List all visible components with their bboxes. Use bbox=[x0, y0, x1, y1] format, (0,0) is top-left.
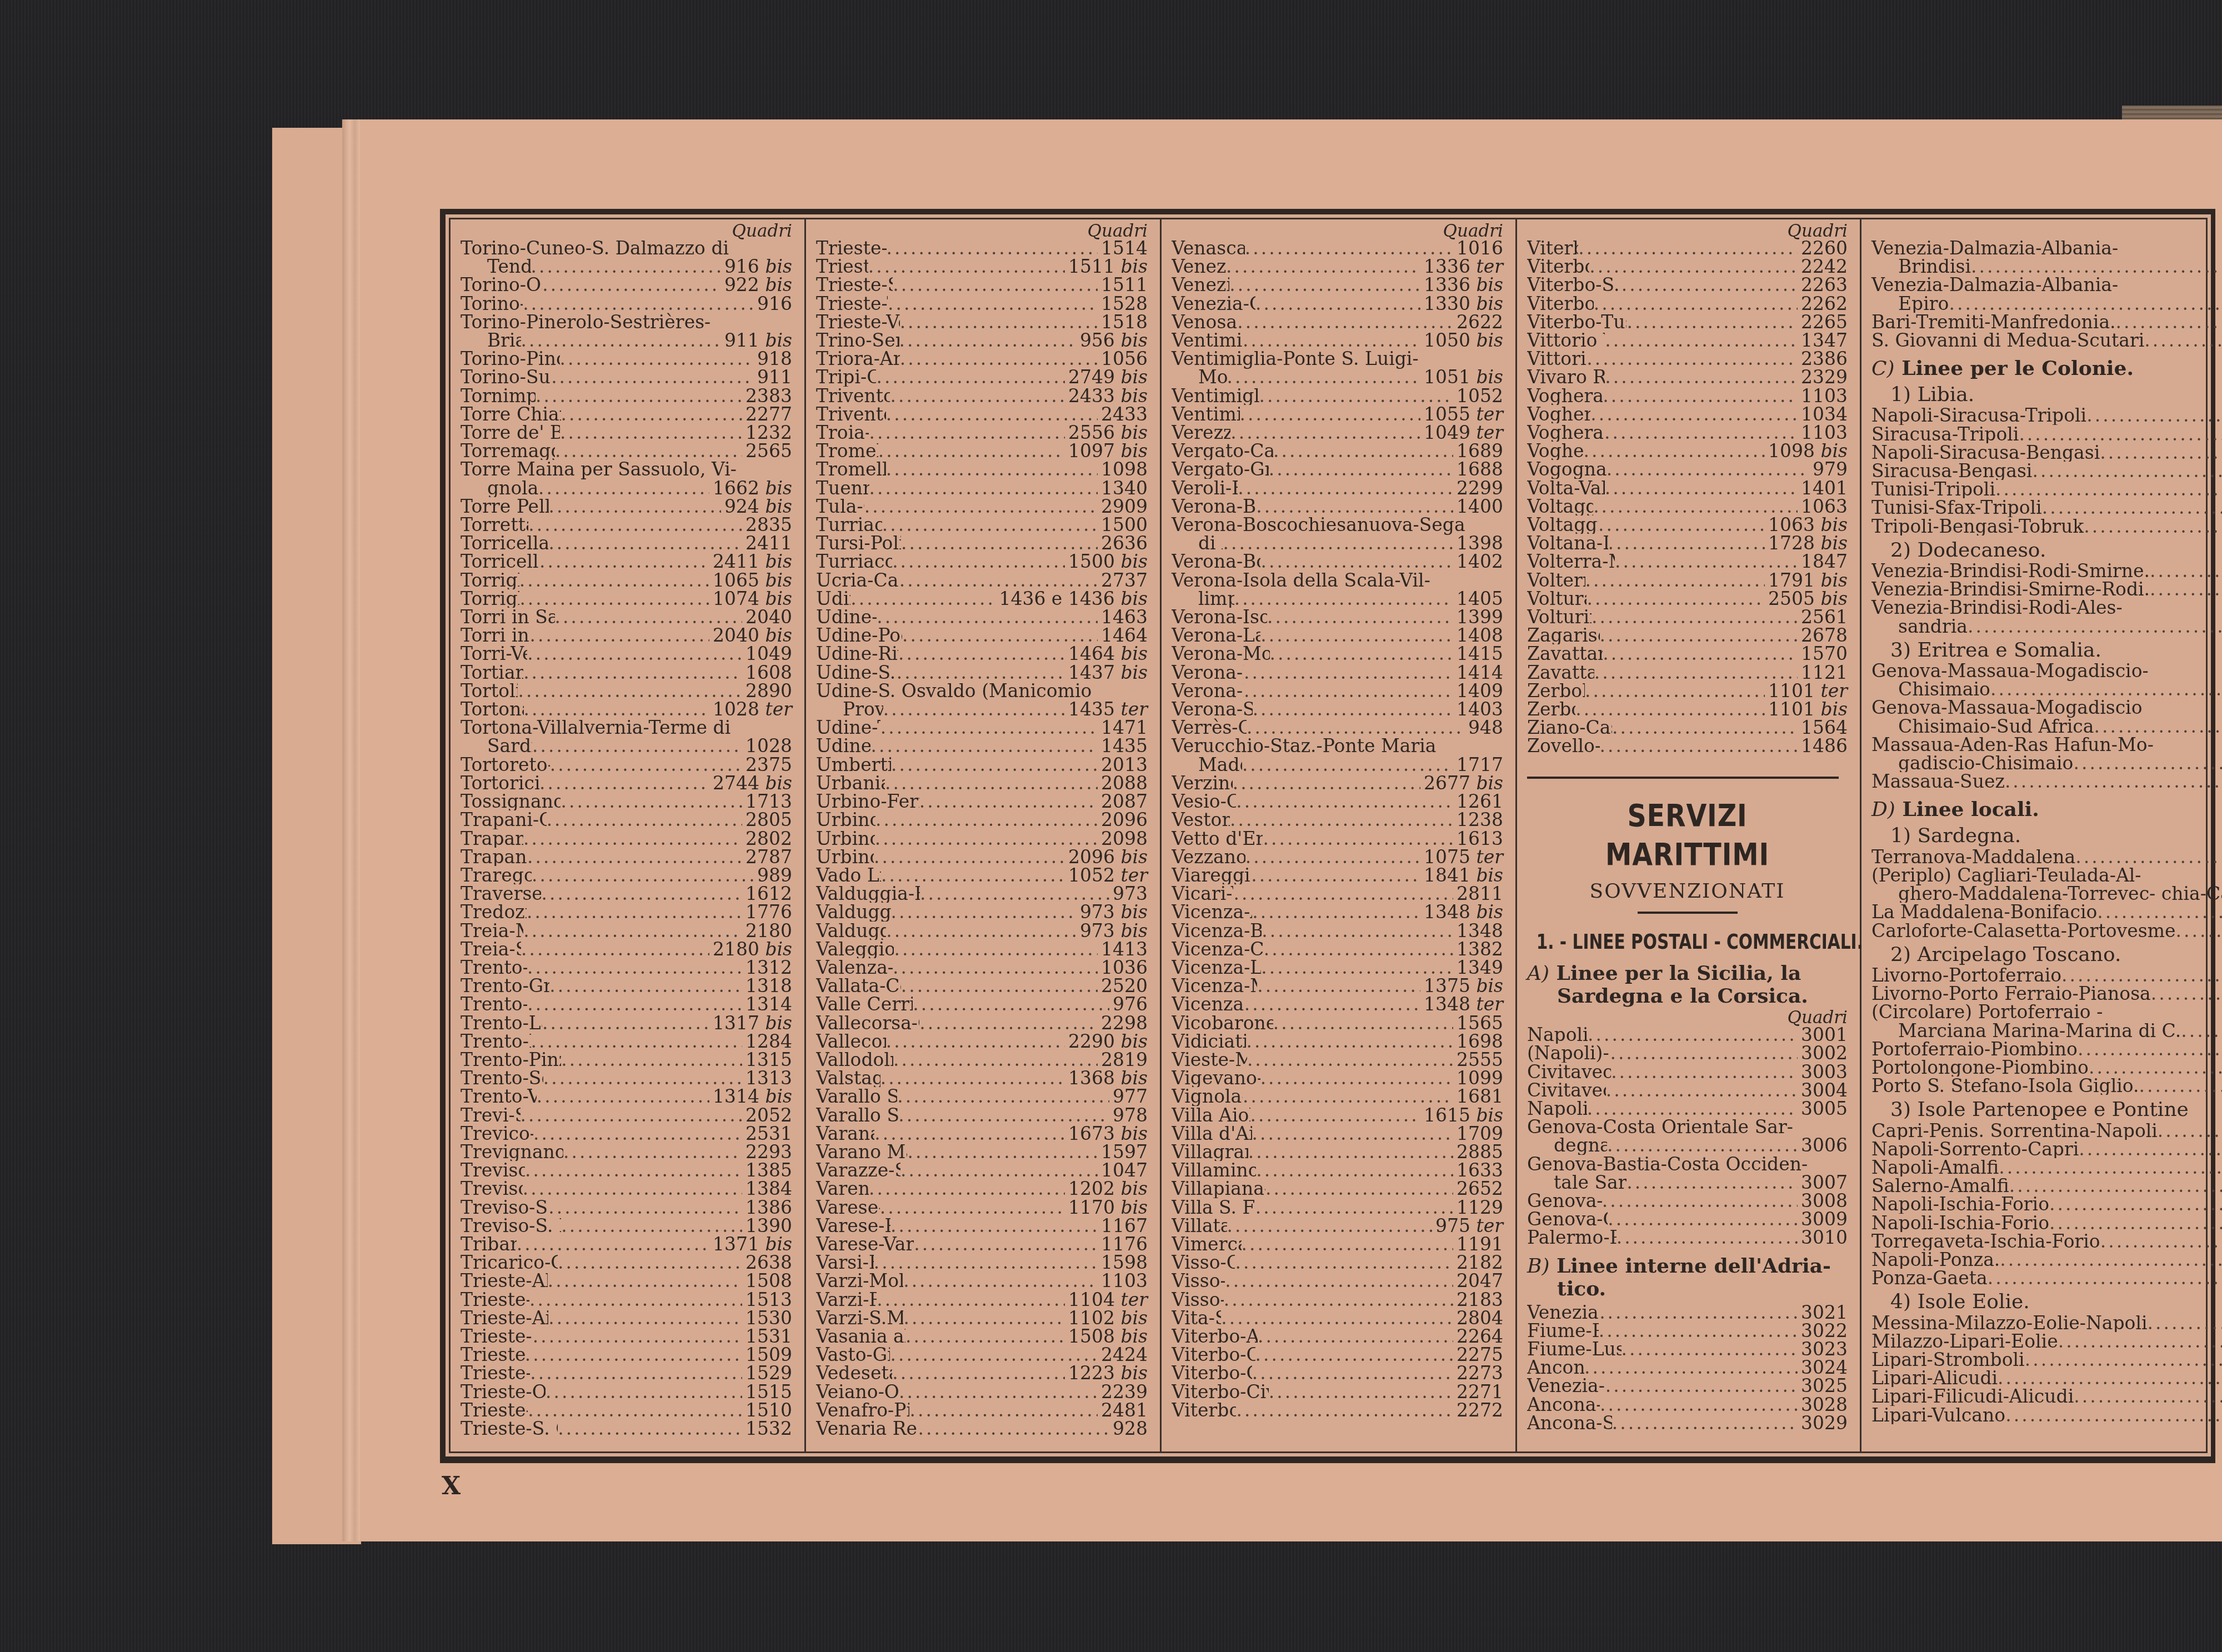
index-entry: Ancona-Fiume3024 bbox=[1527, 1358, 1848, 1376]
entry-row: gnola e Modena1662 bis bbox=[461, 479, 792, 497]
entry-row: Trieste-S. Daniele1514 bbox=[816, 239, 1148, 257]
section-d-heading: D) Linee locali. bbox=[1871, 798, 2222, 821]
entry-name: Siracusa-Tripoli bbox=[1871, 425, 2019, 443]
index-entry: Napoli-Sorrento-Capri3092 bbox=[1871, 1140, 2222, 1158]
entry-name: Urbino-Stazione bbox=[816, 848, 874, 866]
entry-name: Vedeseta-S. Giovanni B. bbox=[816, 1364, 892, 1382]
entry-row: Napoli-Amalfi3093 bbox=[1871, 1158, 2222, 1177]
entry-name: Livorno-Portoferraio bbox=[1871, 966, 2061, 984]
index-entry: (Circolare) Portoferraio -Marciana Marin… bbox=[1871, 1003, 2222, 1039]
index-entry: Venezia-Zara Gravosa3025 bbox=[1527, 1376, 1848, 1395]
entry-name: Vivaro Romano-Arsoli bbox=[1527, 368, 1605, 386]
leader-dots bbox=[517, 1235, 709, 1253]
index-entry: Torre Maina per Sassuolo, Vi-gnola e Mod… bbox=[461, 460, 792, 497]
quadri-header: Quadri bbox=[461, 224, 792, 239]
entry-list: Torino-Cuneo-S. Dalmazzo diTenda-Nizza91… bbox=[461, 239, 792, 1438]
entry-name-cont: Chisimaio bbox=[1898, 680, 1990, 698]
entry-row: Lipari-Stromboli3103 bbox=[1871, 1350, 2222, 1369]
quadro-value: 1098 bbox=[1768, 440, 1815, 462]
index-entry: Vesio-Campione1261 bbox=[1172, 792, 1503, 810]
leader-dots bbox=[2058, 1332, 2222, 1350]
entry-row: Trieste-Aidussina (Idria)1530 bbox=[461, 1309, 792, 1327]
entry-row: Zovello-Comeglians1486 bbox=[1527, 737, 1848, 755]
index-entry: Villaminozzo-Reggio E.1633 bbox=[1172, 1161, 1503, 1179]
leader-dots bbox=[880, 1198, 1065, 1217]
entry-name: Vicenza-Lavarone-Trento bbox=[1172, 958, 1261, 977]
entry-row: Verzino-Strongoli2677 bis bbox=[1172, 774, 1503, 792]
index-entry: Verona-Povegliano1409 bbox=[1172, 682, 1503, 700]
entry-row: Vimercate-Arcore1191 bbox=[1172, 1235, 1503, 1253]
index-entry: Vieste-Manfredonia2555 bbox=[1172, 1050, 1503, 1069]
quadro-number: 978 bbox=[1109, 1106, 1148, 1124]
entry-name: Torre Pellice-Bobbio Pellice bbox=[461, 497, 549, 515]
index-entry: Venosa-Stazione2622 bbox=[1172, 313, 1503, 331]
leader-dots bbox=[542, 1014, 709, 1032]
entry-row: Vezzano Ligure-Spezia1075 ter bbox=[1172, 848, 1503, 866]
entry-list: Genova-Massaua-Mogadiscio-Chisimaio3061G… bbox=[1871, 662, 2222, 790]
quadro-number: 1317 bis bbox=[709, 1014, 792, 1032]
entry-name: Lipari-Alicudi bbox=[1871, 1369, 1998, 1387]
entry-name: Torricella Peligna-Palena bbox=[461, 552, 539, 570]
entry-name: Veroli-Frosinone bbox=[1172, 479, 1238, 497]
quadro-number: 1261 bbox=[1453, 792, 1503, 810]
entry-name: Zagarise-Catanzaro bbox=[1527, 626, 1600, 644]
index-entry: Zavattarello-Varzi1121 bbox=[1527, 663, 1848, 682]
index-entry: Volterra-Massa Marittima1847 bbox=[1527, 552, 1848, 570]
leader-dots bbox=[1612, 1414, 1798, 1432]
leader-dots bbox=[920, 884, 1109, 903]
index-entry: Fiume-Lussinpiccolo-Ancona3023 bbox=[1527, 1340, 1848, 1358]
entry-row: La Maddalena-Bonifacio3073 bbox=[1871, 903, 2222, 921]
leader-dots bbox=[2094, 717, 2222, 735]
index-entry: Torino-Ospedale S. Luigi922 bis bbox=[461, 276, 792, 294]
index-entry: Torricella Peligna-Casoli2411 bbox=[461, 534, 792, 552]
quadro-number: 1049 ter bbox=[1420, 423, 1503, 442]
leader-dots bbox=[1606, 1081, 1798, 1099]
entry-name-line: Verona-Boscochiesanuova-Sega bbox=[1172, 515, 1503, 534]
column-3: Quadri Venasca-Sampeyre1016Venezia-Asiag… bbox=[1162, 219, 1517, 1451]
entry-row: Vasto-Gissi-Agnone2424 bbox=[816, 1345, 1148, 1364]
entry-row: Tossignano-Borgo Tossignano1713 bbox=[461, 792, 792, 810]
entry-row: Messina-Milazzo-Eolie-Napoli3101 bbox=[1871, 1314, 2222, 1332]
quadro-number: 1510 bbox=[742, 1401, 792, 1419]
entry-row: Tripi-Castroreale2749 bis bbox=[816, 368, 1148, 386]
index-entry: Tredozio-Faenza1776 bbox=[461, 903, 792, 921]
index-entry: Venezia-Brindisi-Smirne-Rodi.3052 bbox=[1871, 580, 2222, 598]
quadro-number: 1102 bis bbox=[1065, 1309, 1148, 1327]
leader-dots bbox=[1587, 589, 1764, 608]
entry-name-line: Verucchio-Staz.-Ponte Maria bbox=[1172, 737, 1503, 755]
leader-dots bbox=[1589, 257, 1798, 276]
entry-name: Villata-Vercelli bbox=[1172, 1217, 1227, 1235]
leader-dots bbox=[2181, 1022, 2222, 1040]
entry-row: Fiume-Lussinpiccolo-Ancona3023 bbox=[1527, 1340, 1848, 1358]
quadro-number: 1336 bis bbox=[1420, 276, 1503, 294]
entry-name-line: Genova-Bastia-Costa Occiden- bbox=[1527, 1155, 1848, 1173]
index-entry: Venezia-Dalmazia-Albania-Brindisi3030 bbox=[1871, 239, 2222, 276]
quadro-number: 1051 bis bbox=[1420, 368, 1503, 386]
index-entry: Palermo-Pantelleria-Tunisi3010 bbox=[1527, 1228, 1848, 1246]
entry-name: Vicenza-Breganze-Asiago bbox=[1172, 922, 1262, 940]
entry-row: Torri-Ventimiglia1049 bbox=[461, 644, 792, 663]
leader-dots bbox=[1236, 1401, 1453, 1419]
leader-dots bbox=[1605, 331, 1798, 349]
leader-dots bbox=[1575, 700, 1765, 718]
quadro-value: 916 bbox=[757, 293, 792, 314]
quadro-value: 3029 bbox=[1801, 1412, 1848, 1434]
quadro-number: 2636 bbox=[1098, 534, 1148, 552]
index-entry: S. Giovanni di Medua-Scutari3033 bbox=[1871, 331, 2222, 349]
entry-name: Tunisi-Tripoli bbox=[1871, 480, 1995, 498]
leader-dots bbox=[2075, 848, 2222, 866]
entry-row: Ventimiglia-Perinaldo1050 bis bbox=[1172, 331, 1503, 349]
index-entry: Vestone-Tione1238 bbox=[1172, 810, 1503, 829]
entry-name: Ancona-Spalato-Gravosa bbox=[1527, 1414, 1612, 1432]
entry-row: Maddalena1717 bbox=[1172, 755, 1503, 774]
leader-dots bbox=[902, 626, 1098, 644]
entry-row: Torriglia-Busalla1065 bis bbox=[461, 571, 792, 589]
entry-row: Urbino-Stazione2096 bis bbox=[816, 848, 1148, 866]
index-entry: Venezia-Cortina d'Ampezzo1330 bis bbox=[1172, 294, 1503, 313]
quadro-number: 976 bbox=[1109, 995, 1148, 1013]
entry-row: Vittorio Veneto-Sacile1347 bbox=[1527, 331, 1848, 349]
entry-row: Tribano-Padova1371 bis bbox=[461, 1235, 792, 1253]
index-entry: Ziano-Castel S. Giovanni1564 bbox=[1527, 718, 1848, 737]
entry-row: Venezia-Zara Gravosa3025 bbox=[1527, 1376, 1848, 1395]
entry-name: Treviso-S. Michele del Quarto bbox=[461, 1217, 561, 1235]
entry-name-line: (Circolare) Portoferraio - bbox=[1871, 1003, 2222, 1021]
entry-name: Valenza-Alessandria bbox=[816, 958, 893, 977]
entry-name: Vasania al Mare-Monte Magg. bbox=[816, 1327, 905, 1345]
entry-row: Torricella Peligna-Casoli2411 bbox=[461, 534, 792, 552]
entry-name: Udine-S. Daniele-Anduins bbox=[816, 663, 897, 682]
quadro-number: 3010 bbox=[1798, 1228, 1848, 1246]
entry-name: Trieste-Trebiciano bbox=[816, 294, 888, 313]
entry-name: Valduggia-Bettole-Borgosesia bbox=[816, 884, 920, 903]
entry-name: Tortoli-Orosei bbox=[461, 682, 518, 700]
index-entry: Torre de' Busi-Calolzio Olgin.1232 bbox=[461, 423, 792, 442]
quadro-number: 2520 bbox=[1098, 977, 1148, 995]
entry-row: Visso-Ussita2183 bbox=[1172, 1290, 1503, 1309]
index-entry: Verezzo-S. Remo1049 ter bbox=[1172, 423, 1503, 442]
index-entry: Tromello-Mortara1097 bis bbox=[816, 442, 1148, 460]
index-entry: Vogogna-Macugnaga979 bbox=[1527, 460, 1848, 478]
index-entry: Napoli-Palermo3001 bbox=[1527, 1025, 1848, 1044]
entry-name: Viterbo-Orte bbox=[1527, 239, 1578, 257]
leader-dots bbox=[518, 682, 742, 700]
index-entry: Umbertide-Cortona2013 bbox=[816, 755, 1148, 774]
leader-dots bbox=[529, 1290, 742, 1309]
entry-name: Volturino-Lucera bbox=[1527, 608, 1592, 626]
entry-row: Torregaveta-Ischia-Forio3097 bbox=[1871, 1232, 2222, 1250]
entry-name-cont: di Ala bbox=[1198, 534, 1223, 552]
leader-dots bbox=[1233, 884, 1453, 903]
quadro-number: 1065 bis bbox=[709, 571, 792, 589]
leader-dots bbox=[898, 644, 1065, 663]
quadro-number: 2749 bis bbox=[1065, 368, 1148, 386]
quadro-number: 1349 bbox=[1453, 958, 1503, 977]
quadro-number: 1698 bbox=[1453, 1032, 1503, 1050]
entry-row: Villa S. Fiorano-Monza1129 bbox=[1172, 1198, 1503, 1217]
quadro-number: 1500 bis bbox=[1065, 552, 1148, 570]
quadro-number: 2531 bbox=[742, 1124, 792, 1143]
leader-dots bbox=[523, 663, 742, 682]
index-entry: Valduggia-Bettole-Borgosesia973 bbox=[816, 884, 1148, 903]
leader-dots bbox=[2049, 1214, 2222, 1232]
leader-dots bbox=[527, 958, 742, 977]
quadro-number: 2182 bbox=[1453, 1253, 1503, 1271]
entry-row: gadiscio-Chisimaio3063 bbox=[1871, 754, 2222, 772]
leader-dots bbox=[1988, 1269, 2222, 1287]
index-entry: Carloforte-Calasetta-Portovesme3074 bbox=[1871, 922, 2222, 940]
entry-row: Vesio-Campione1261 bbox=[1172, 792, 1503, 810]
entry-row: sandria3053 bbox=[1871, 617, 2222, 635]
entry-row: Ponza-Gaeta3099 bbox=[1871, 1269, 2222, 1287]
entry-name: Vigevano-Garlasco-Pavia bbox=[1172, 1069, 1260, 1087]
entry-row: Valstagna-Bassano1368 bis bbox=[816, 1069, 1148, 1087]
index-entry: Bari-Tremiti-Manfredonia.3032 bbox=[1871, 313, 2222, 331]
entry-row: Urbino-Pesaro2096 bbox=[816, 810, 1148, 829]
entry-row: Livorno-Portoferraio3081 bbox=[1871, 966, 2222, 984]
quadro-number: 1405 bbox=[1453, 589, 1503, 608]
entry-name: Udine-Varmo bbox=[816, 737, 870, 755]
index-entry: Torriglia-Busalla1065 bis bbox=[461, 571, 792, 589]
index-entry: Vallecorsa-Frosinone2290 bis bbox=[816, 1032, 1148, 1050]
leader-dots bbox=[1238, 479, 1453, 497]
entry-name-cont: tale Sardegna-Palermo bbox=[1554, 1173, 1627, 1192]
quadro-number: 1570 bbox=[1798, 644, 1848, 663]
leader-dots bbox=[550, 755, 742, 774]
entry-row: Brindisi3030 bbox=[1871, 257, 2222, 276]
entry-name: Volterra-Massa Marittima bbox=[1527, 552, 1615, 570]
quadro-value: 2565 bbox=[745, 440, 792, 462]
quadro-number: 1608 bbox=[742, 663, 792, 682]
quadro-number: 2804 bbox=[1453, 1309, 1503, 1327]
entry-name-cont: gnola e Modena bbox=[487, 479, 538, 497]
entry-list: Viterbo-Orte2260Viterbo-Orvieto.2242Vite… bbox=[1527, 239, 1848, 755]
index-entry: Trevignano Romano-Bracciano2293 bbox=[461, 1143, 792, 1161]
entry-name: Siracusa-Bengasi bbox=[1871, 462, 2032, 480]
entry-name: Vieste-Manfredonia bbox=[1172, 1050, 1247, 1069]
quadro-value: 1050 bbox=[1424, 329, 1470, 351]
entry-name: (Napoli)-Palermo-Tunisi bbox=[1527, 1044, 1610, 1062]
quadro-number: 1348 bbox=[1453, 922, 1503, 940]
index-entry: Vita-Salemi2804 bbox=[1172, 1309, 1503, 1327]
index-entry: Triora-Arma di Taggia.1056 bbox=[816, 349, 1148, 368]
index-entry: Villagrande-Lanusei2885 bbox=[1172, 1143, 1503, 1161]
index-entry: Verona-Pescantina1414 bbox=[1172, 663, 1503, 682]
quadro-number: 1047 bbox=[1098, 1161, 1148, 1179]
index-entry: Napoli-Amalfi3093 bbox=[1871, 1158, 2222, 1177]
leader-dots bbox=[539, 552, 709, 570]
entry-name: Genova-Cagliari-Tunisi bbox=[1527, 1210, 1608, 1228]
quadro-number: 975 ter bbox=[1432, 1217, 1503, 1235]
quadro-number: 1681 bbox=[1453, 1087, 1503, 1105]
leader-dots bbox=[1248, 1143, 1453, 1161]
entry-row: Viterbo-Civitella-Castiglione2271 bbox=[1172, 1383, 1503, 1401]
entry-name: Tredozio-Faenza bbox=[461, 903, 527, 921]
quadro-number: 1284 bbox=[742, 1032, 792, 1050]
entry-name: Vidiciatico-Bologna bbox=[1172, 1032, 1246, 1050]
quadro-number: 2386 bbox=[1798, 349, 1848, 368]
column-4: Quadri Viterbo-Orte2260Viterbo-Orvieto.2… bbox=[1517, 219, 1861, 1451]
quadro-number: 973 bbox=[1109, 884, 1148, 903]
leader-dots bbox=[1600, 626, 1798, 644]
leader-dots bbox=[901, 534, 1098, 552]
leader-dots bbox=[1599, 1321, 1798, 1340]
entry-name: Troia-Stazione bbox=[816, 423, 869, 442]
quadro-number: 2411 bbox=[742, 534, 792, 552]
entry-row: Treia-S. Severino2180 bis bbox=[461, 940, 792, 958]
entry-row: Torino-Pecetto916 bbox=[461, 294, 792, 313]
entry-row: Ventimiglia-S. Remo1055 ter bbox=[1172, 405, 1503, 423]
index-entry: Tursi-Policoro Stazione2636 bbox=[816, 534, 1148, 552]
quadro-number: 1098 bis bbox=[1765, 442, 1848, 460]
entry-name: Tricarico-Grassano Stazione bbox=[461, 1253, 558, 1271]
quadro-number: 1368 bis bbox=[1065, 1069, 1148, 1087]
index-entry: Vidiciatico-Bologna1698 bbox=[1172, 1032, 1503, 1050]
index-entry: Voltaggio-Busalla1063 bbox=[1527, 497, 1848, 515]
entry-row: Villata-Vercelli975 ter bbox=[1172, 1217, 1503, 1235]
entry-name: Vignola-Levizzano bbox=[1172, 1087, 1243, 1105]
entry-row: Vallecorsa-Castro Pofi Stazione2298 bbox=[816, 1014, 1148, 1032]
entry-row: Trento-Mattarello1284 bbox=[461, 1032, 792, 1050]
leader-dots bbox=[1607, 1136, 1798, 1154]
index-entry: Varese-Varano B. Ternate St.1176 bbox=[816, 1235, 1148, 1253]
page-binding-edge bbox=[344, 119, 360, 1541]
entry-name: Treia-Macerata bbox=[461, 922, 523, 940]
leader-dots bbox=[1949, 294, 2222, 313]
leader-dots bbox=[523, 1179, 742, 1198]
index-entry: Udine-S. Osvaldo (ManicomioProvinciale)1… bbox=[816, 682, 1148, 718]
index-entry: Verona-Bovolone-Angiari1402 bbox=[1172, 552, 1503, 570]
leader-dots bbox=[890, 1345, 1098, 1364]
entry-name-cont: Tenda-Nizza bbox=[487, 257, 531, 276]
entry-row: Torricella Peligna-Palena2411 bis bbox=[461, 552, 792, 570]
entry-row: Venasca-Sampeyre1016 bbox=[1172, 239, 1503, 257]
leader-dots bbox=[531, 1032, 742, 1050]
leader-dots bbox=[1594, 663, 1798, 682]
index-entry: Torre Pellice-Bobbio Pellice924 bis bbox=[461, 497, 792, 515]
entry-row: Napoli-Siracusa-Tripoli3041 bbox=[1871, 406, 2222, 424]
entry-row: Viterbo-Farnese2272 bbox=[1172, 1401, 1503, 1419]
leader-dots bbox=[899, 331, 1077, 349]
index-entry: Napoli-Ponza.3098 bbox=[1871, 1250, 2222, 1269]
entry-row: Udine-Tolmezzo1471 bbox=[816, 718, 1148, 737]
entry-name: Trento-Lavis-Zambana-Fai bbox=[461, 1014, 542, 1032]
index-entry: Trapani-Paceco2802 bbox=[461, 829, 792, 848]
index-entry: Udine-Tolmezzo1471 bbox=[816, 718, 1148, 737]
leader-dots bbox=[2073, 754, 2222, 772]
entry-row: Verona-Povegliano1409 bbox=[1172, 682, 1503, 700]
entry-name: Ventimiglia-S. Dalmazzo bbox=[1172, 387, 1259, 405]
entry-name: Verona-Bovolone-Angiari bbox=[1172, 552, 1260, 570]
quadro-number: 2565 bbox=[742, 442, 792, 460]
index-entry: La Maddalena-Bonifacio3073 bbox=[1871, 903, 2222, 921]
entry-row: Bari-Tremiti-Manfredonia.3032 bbox=[1871, 313, 2222, 331]
entry-row: Visso-Camerino2182 bbox=[1172, 1253, 1503, 1271]
quadro-number: 1121 bbox=[1798, 663, 1848, 682]
quadro-number: 1191 bbox=[1453, 1235, 1503, 1253]
entry-name: Valduggia Stazione. bbox=[816, 922, 886, 940]
entry-row: Genova-Cagliari-Tunisi3009 bbox=[1527, 1210, 1848, 1228]
entry-row: Venosa-Stazione2622 bbox=[1172, 313, 1503, 331]
entry-name: Tromello-Voghera bbox=[816, 460, 886, 478]
leader-dots bbox=[919, 792, 1098, 810]
quadro-number: 2805 bbox=[742, 810, 792, 829]
entry-name-line: Venezia-Brindisi-Rodi-Ales- bbox=[1871, 598, 2222, 617]
quadro-number: 2835 bbox=[742, 515, 792, 534]
index-entry: Tunisi-Sfax-Tripoli3046 bbox=[1871, 498, 2222, 517]
entry-name: Verona-Povegliano bbox=[1172, 682, 1244, 700]
leader-dots bbox=[1258, 1327, 1453, 1345]
entry-name: Venaria Reale-Fiano-Cafasse bbox=[816, 1419, 918, 1438]
leader-dots bbox=[1245, 848, 1420, 866]
entry-row: Treviso-Padova1384 bbox=[461, 1179, 792, 1198]
quadro-number: 2885 bbox=[1453, 1143, 1503, 1161]
entry-row: Tunisi-Tripoli3045 bbox=[1871, 480, 2222, 498]
entry-row: Viterbo-S. Martino al Cimino2263 bbox=[1527, 276, 1848, 294]
entry-row: Portolongone-Piombino3085 bbox=[1871, 1058, 2222, 1077]
quadro-number: 1315 bbox=[742, 1050, 792, 1069]
quadro-number: 979 bbox=[1809, 460, 1848, 478]
entry-name: Vado Ligure-Segno bbox=[816, 866, 881, 884]
entry-list: Napoli-Siracusa-Tripoli3041Siracusa-Trip… bbox=[1871, 406, 2222, 535]
entry-name: Torricella Peligna-Casoli bbox=[461, 534, 548, 552]
index-entry: Treia-S. Severino2180 bis bbox=[461, 940, 792, 958]
entry-row: Trento-Valle-Segonzano1314 bis bbox=[461, 1087, 792, 1105]
leader-dots bbox=[1585, 571, 1765, 589]
leader-dots bbox=[2175, 922, 2222, 940]
entry-row: Civitavecchia-Terranova3003 bbox=[1527, 1063, 1848, 1081]
leader-dots bbox=[2005, 772, 2222, 790]
leader-dots bbox=[1585, 682, 1765, 700]
entry-name: Tunisi-Sfax-Tripoli bbox=[1871, 498, 2042, 517]
quadro-number: 1403 bbox=[1453, 700, 1503, 718]
entry-name: Trino-Serralunga di Crea bbox=[816, 331, 899, 349]
leader-dots bbox=[546, 1383, 742, 1401]
entry-name: Vicenza-Montegalda-Padova bbox=[1172, 977, 1257, 995]
entry-row: Varano Marchesi-Fornovo1597 bbox=[816, 1143, 1148, 1161]
index-entry: Milazzo-Lipari-Eolie3102 bbox=[1871, 1332, 2222, 1350]
index-entry: Varsi-Fornovo1598 bbox=[816, 1253, 1148, 1271]
leader-dots bbox=[901, 977, 1098, 995]
entry-name: Venezia-Zara Gravosa bbox=[1527, 1376, 1605, 1395]
entry-list: Terranova-Maddalena3071(Periplo) Cagliar… bbox=[1871, 848, 2222, 940]
quadro-number: 1530 bbox=[742, 1309, 792, 1327]
quadro-number: 1531 bbox=[742, 1327, 792, 1345]
leader-dots bbox=[1255, 1198, 1453, 1217]
quadro-number: 1612 bbox=[742, 884, 792, 903]
entry-name: Torremaggiore-Casalnuovo bbox=[461, 442, 555, 460]
index-entry: Varazze-Sassello-Acqui1047 bbox=[816, 1161, 1148, 1179]
quadro-number: 1511 bis bbox=[1065, 257, 1148, 276]
entry-row: Trapani-Palermo2787 bbox=[461, 848, 792, 866]
entry-name: Trevico-Benevento bbox=[461, 1124, 533, 1143]
index-entry: Trieste-Senosecchia1511 bbox=[816, 276, 1148, 294]
entry-name-line: Genova-Massaua-Mogadiscio bbox=[1871, 698, 2222, 717]
quadro-number: 2265 bbox=[1798, 313, 1848, 331]
entry-name: Tursi-Policoro Stazione bbox=[816, 534, 901, 552]
subsection-toscano: 2) Arcipelago Toscano. bbox=[1871, 945, 2222, 964]
index-entry: Venezia-Asiago1336 ter bbox=[1172, 257, 1503, 276]
index-entry: Trino-Serralunga di Crea956 bis bbox=[816, 331, 1148, 349]
quadro-value: 1436 e 1436 bbox=[999, 588, 1114, 609]
entry-row: Trieste-Postumia1510 bbox=[461, 1401, 792, 1419]
leader-dots bbox=[1999, 1158, 2222, 1177]
index-entry: Torri in Sabina-Terni2040 bis bbox=[461, 626, 792, 644]
entry-row: Viterbo-Acquapendente2264 bbox=[1172, 1327, 1503, 1345]
